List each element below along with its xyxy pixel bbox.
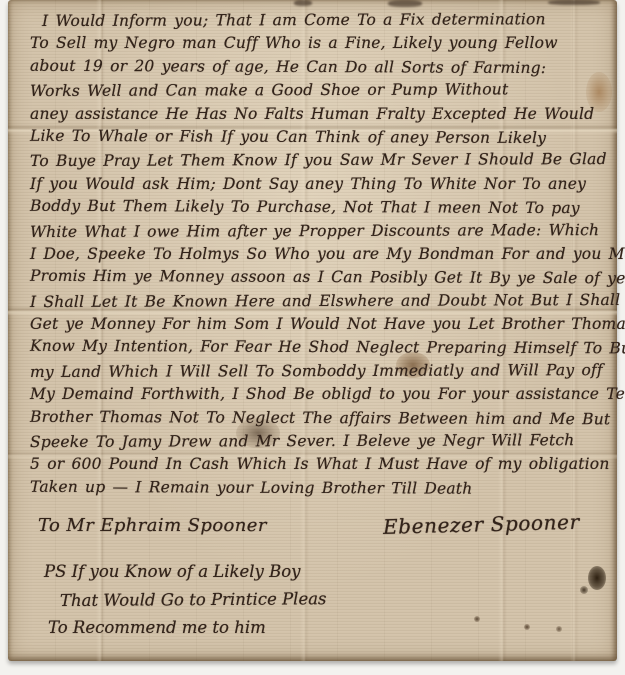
letter-line: my Land Which I Will Sell To Somboddy Im… [30, 359, 612, 384]
signature: Ebenezer Spooner [383, 509, 604, 539]
ink-dot [474, 616, 480, 622]
letter-line: Taken up — I Remain your Loving Brother … [30, 476, 612, 502]
ink-dot [524, 624, 530, 630]
cutoff-stroke [548, 0, 600, 5]
letter-line: To Buye Pray Let Them Know If you Saw Mr… [30, 148, 612, 173]
letter-line: Get ye Monney For him Som I Would Not Ha… [30, 313, 612, 336]
cutoff-stroke [294, 0, 312, 6]
letter-line: White What I owe Him after ye Propper Di… [30, 218, 612, 243]
postscript-line: To Recommend me to him [44, 614, 374, 642]
letter-line: To Sell my Negro man Cuff Who is a Fine,… [30, 32, 612, 55]
addressee-line: To Mr Ephraim Spooner [38, 515, 267, 536]
letter-line: If you Would ask Him; Dont Say aney Thin… [30, 173, 612, 196]
letter-line: aney assistance He Has No Falts Human Fr… [30, 103, 612, 126]
letter-line: Speeke To Jamy Drew and Mr Sever. I Bele… [30, 429, 612, 454]
postscript-line: That Would Go to Printice Pleas [44, 585, 374, 615]
letter-line: Know My Intention, For Fear He Shod Negl… [30, 335, 612, 361]
letter-line: I Doe, Speeke To Holmys So Who you are M… [30, 243, 612, 266]
letter-body: I Would Inform you; That I am Come To a … [30, 9, 612, 500]
ink-blot [588, 566, 606, 590]
letter-line: I Would Inform you; That I am Come To a … [30, 8, 612, 33]
ink-blot [580, 586, 588, 594]
letter-line: Brother Thomas Not To Neglect The affair… [30, 405, 612, 431]
letter-line: Works Well and Can make a Good Shoe or P… [30, 78, 612, 103]
ink-dot [556, 626, 562, 632]
postscript-line: PS If you Know of a Likely Boy [44, 558, 374, 586]
cutoff-stroke [388, 0, 422, 7]
letter-closing: To Mr Ephraim Spooner Ebenezer Spooner [38, 512, 604, 536]
postscript-block: PS If you Know of a Likely Boy That Woul… [44, 558, 374, 642]
letter-line: 5 or 600 Pound In Cash Which Is What I M… [30, 453, 612, 476]
letter-line: Promis Him ye Monney assoon as I Can Pos… [30, 265, 612, 291]
letter-line: Like To Whale or Fish If you Can Think o… [30, 125, 612, 151]
letter-line: Boddy But Them Likely To Purchase, Not T… [30, 195, 612, 221]
letter-line: about 19 or 20 years of age, He Can Do a… [30, 55, 612, 81]
scanned-letter-page: I Would Inform you; That I am Come To a … [0, 0, 625, 675]
letter-line: I Shall Let It Be Known Here and Elswher… [30, 289, 612, 314]
letter-paper: I Would Inform you; That I am Come To a … [8, 0, 617, 661]
letter-line: My Demaind Forthwith, I Shod Be obligd t… [30, 383, 612, 406]
